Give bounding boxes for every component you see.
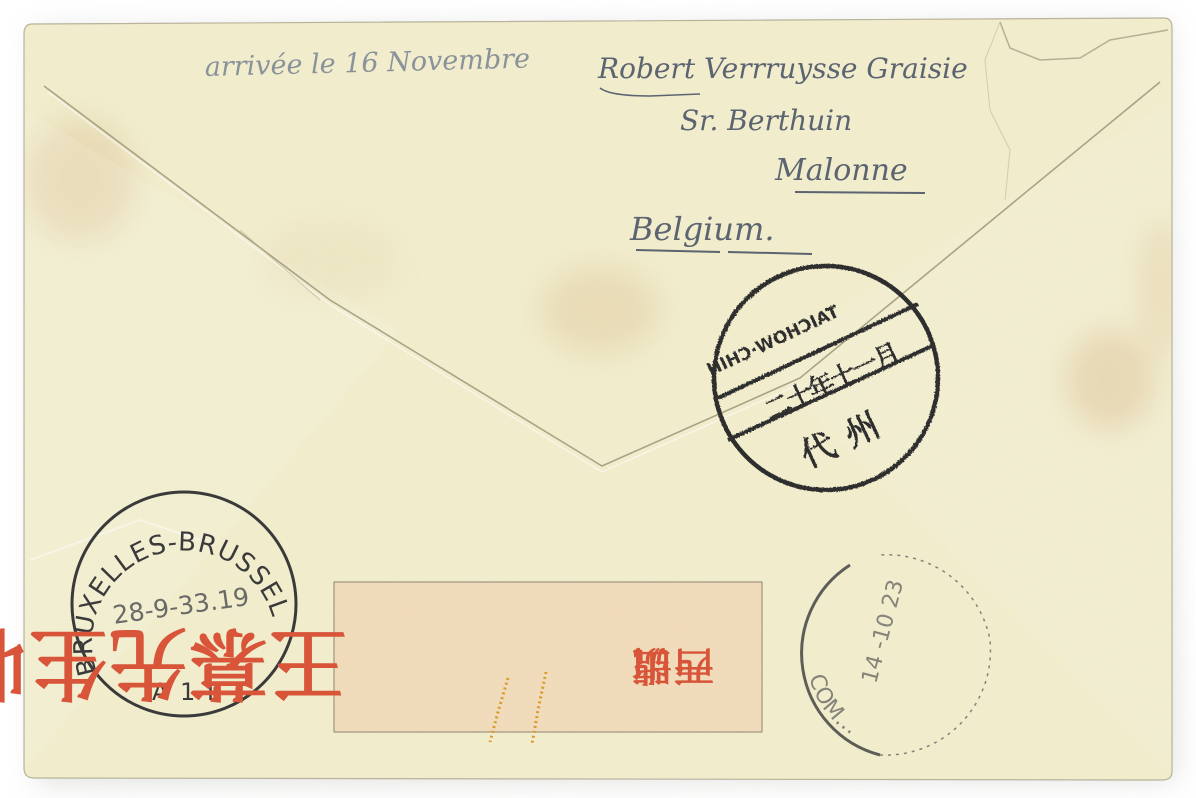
- label-side-text-left: 一號: [630, 642, 714, 689]
- envelope-photo: arrivée le 16 Novembre Robert Verrruysse…: [0, 0, 1196, 798]
- address-line-city: Malonne: [774, 153, 908, 188]
- address-line-country: Belgium.: [629, 210, 775, 248]
- label-main-text: 王慕先生收: [0, 617, 347, 708]
- address-line-street: Sr. Berthuin: [680, 104, 852, 137]
- address-line-name: Robert Verrruysse Graisie: [597, 52, 968, 85]
